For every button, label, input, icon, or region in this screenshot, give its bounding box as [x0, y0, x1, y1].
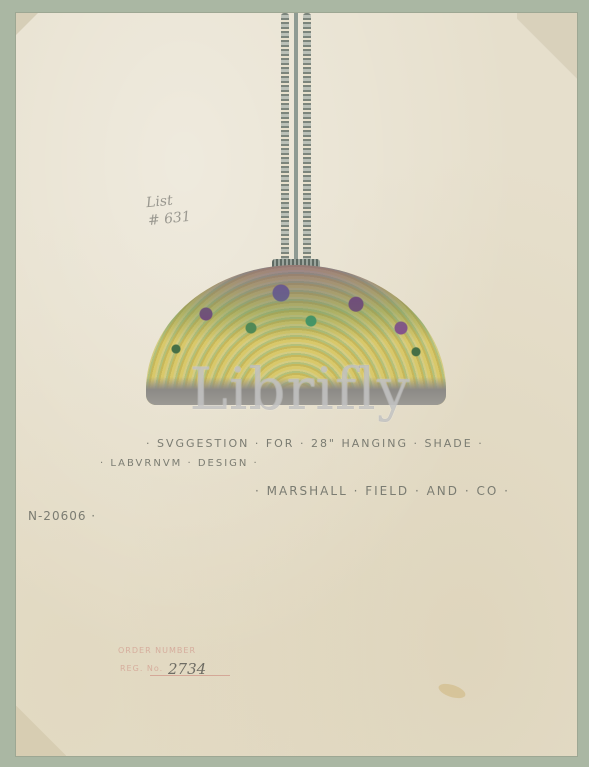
inscription-title: · SVGGESTION · FOR · 28" HANGING · SHADE…: [146, 437, 484, 450]
paper-corner-top-right: [517, 13, 577, 83]
hanging-rod: [294, 13, 298, 263]
paper-corner-top-left: [16, 13, 38, 35]
hanging-chain-right: [303, 13, 311, 263]
hanging-chain-left: [281, 13, 289, 263]
pencil-note: List # 631: [145, 190, 191, 230]
catalog-number: N-20606 ·: [28, 509, 96, 523]
inscription-design: · LABVRNVM · DESIGN ·: [100, 458, 259, 469]
faded-stamp-text: ORDER NUMBER: [118, 646, 196, 655]
shade-foliage-wash: [146, 265, 446, 342]
faded-stamp-prefix: REG. No.: [120, 664, 163, 673]
watermark-text: Librifly: [180, 355, 420, 423]
inscription-client: · MARSHALL · FIELD · AND · CO ·: [255, 484, 510, 498]
stamp-underline: [150, 675, 230, 676]
paper-corner-bottom-left: [16, 706, 66, 756]
